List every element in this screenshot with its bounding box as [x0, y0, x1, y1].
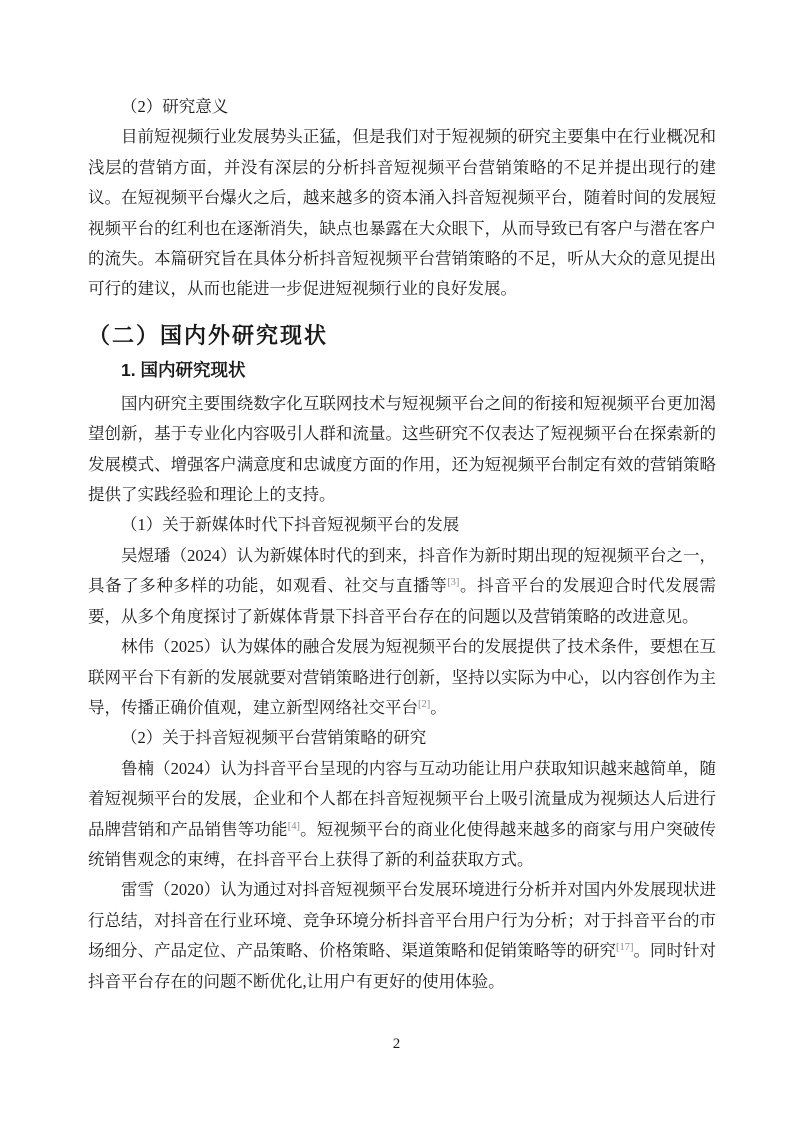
subsection-heading-domestic-research-status: 1. 国内研究现状 — [121, 357, 716, 383]
paragraph-lei-xue-2020: 雷雪（2020）认为通过对抖音短视频平台发展环境进行分析并对国内外发展现状进行总… — [88, 875, 716, 997]
paragraph-lin-wei-2025: 林伟（2025）认为媒体的融合发展为短视频平台的发展提供了技术条件，要想在互联网… — [88, 632, 716, 723]
citation-ref: [3] — [447, 577, 459, 588]
paragraph-wu-yufan-2024: 吴煜璠（2024）认为新媒体时代的到来，抖音作为新时期出现的短视频平台之一，具备… — [88, 541, 716, 632]
citation-ref: [4] — [288, 821, 300, 832]
page-number: 2 — [393, 1036, 401, 1052]
item-heading-new-media-douyin-development: （1）关于新媒体时代下抖音短视频平台的发展 — [88, 510, 716, 540]
citation-ref: [17] — [616, 942, 634, 953]
paragraph-lu-nan-2024: 鲁楠（2024）认为抖音平台呈现的内容与互动功能让用户获取知识越来越简单，随着短… — [88, 754, 716, 876]
item-heading-research-significance: （2）研究意义 — [88, 92, 716, 122]
item-heading-douyin-marketing-strategy-research: （2）关于抖音短视频平台营销策略的研究 — [88, 723, 716, 753]
document-page: （2）研究意义目前短视频行业发展势头正猛，但是我们对于短视频的研究主要集中在行业… — [0, 0, 793, 1122]
document-body: （2）研究意义目前短视频行业发展势头正猛，但是我们对于短视频的研究主要集中在行业… — [88, 92, 716, 997]
paragraph-research-significance: 目前短视频行业发展势头正猛，但是我们对于短视频的研究主要集中在行业概况和浅层的营… — [88, 122, 716, 304]
citation-ref: [2] — [418, 699, 430, 710]
paragraph-domestic-research-overview: 国内研究主要围绕数字化互联网技术与短视频平台之间的衔接和短视频平台更加渴望创新，… — [88, 389, 716, 511]
section-heading-domestic-foreign-research-status: （二）国内外研究现状 — [88, 319, 716, 353]
page-footer: 2 — [0, 1036, 793, 1053]
